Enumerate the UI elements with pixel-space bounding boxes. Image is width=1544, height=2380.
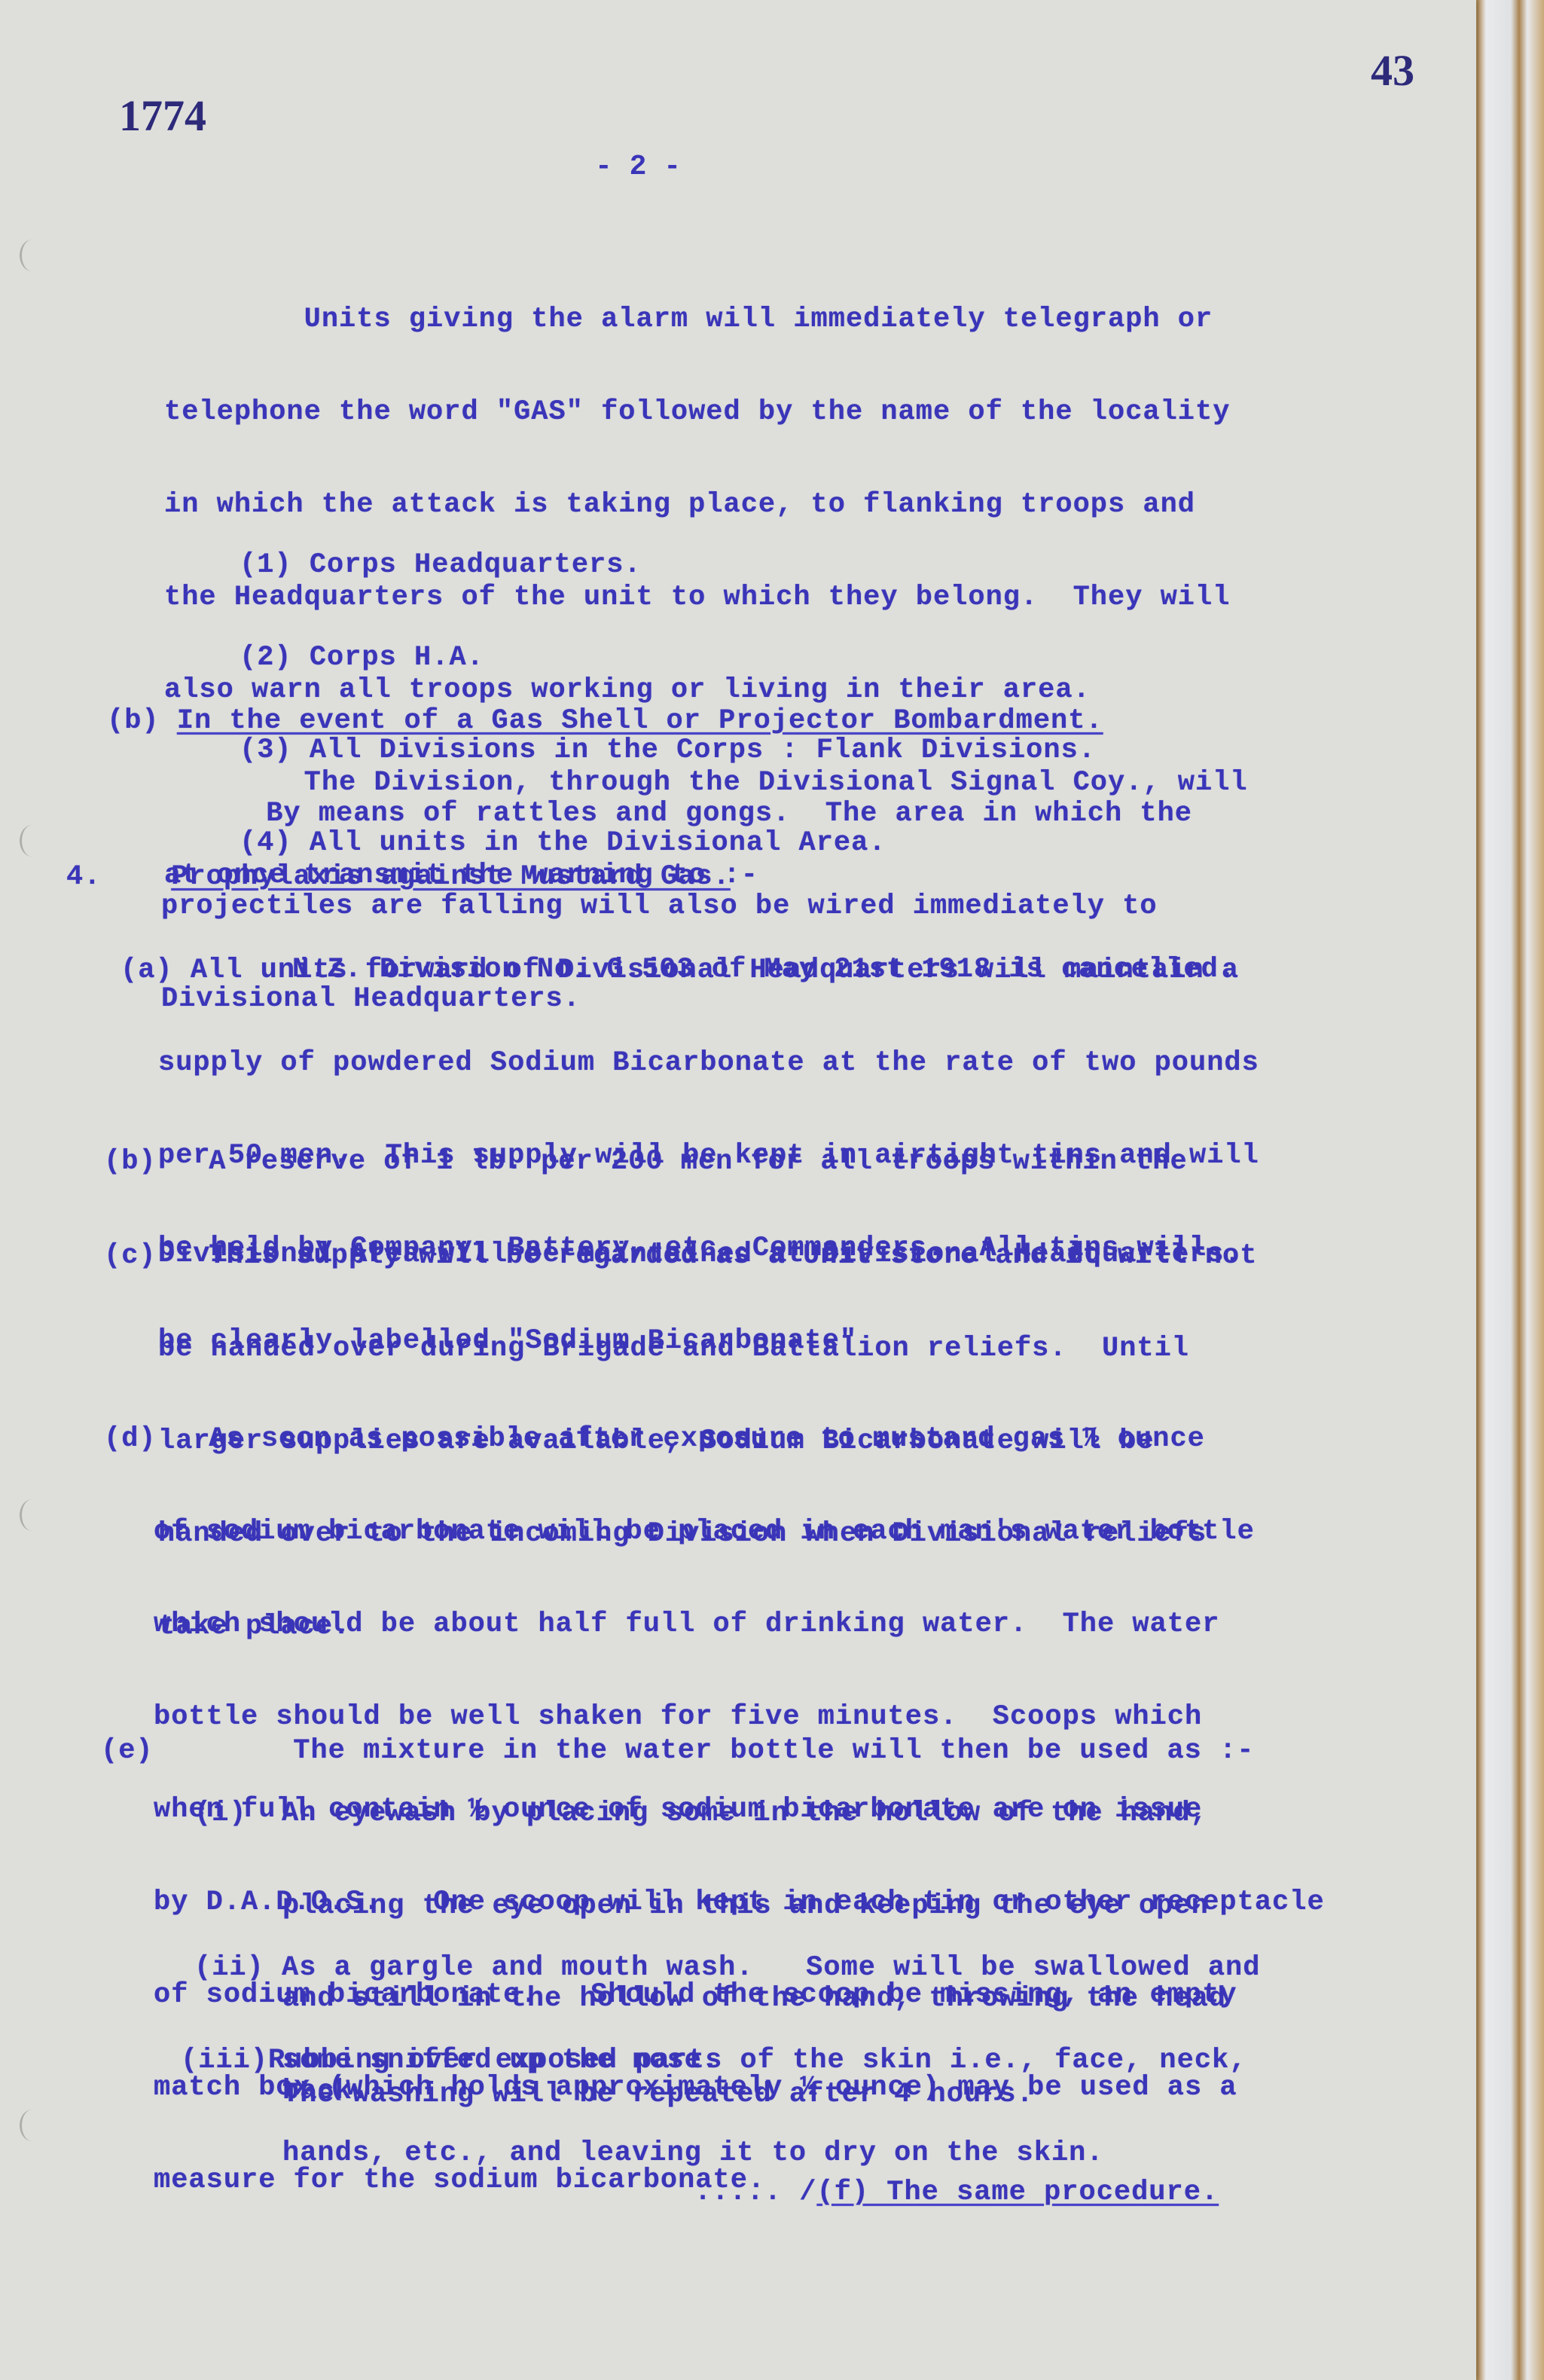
folio-number-right: 43 — [1371, 45, 1414, 96]
item-label: (b) — [104, 1146, 157, 1178]
item-label: (ii) — [194, 1952, 264, 1984]
section-heading: In the event of a Gas Shell or Projector… — [177, 705, 1103, 737]
text-line: As a gargle and mouth wash. Some will be… — [282, 1952, 1260, 1984]
item-label: (i) — [194, 1798, 247, 1829]
continuation-text: (f) The same procedure. — [816, 2177, 1219, 2208]
text-line: A reserve of 1 lb. per 200 men for all t… — [174, 1146, 1188, 1178]
text-line: hands, etc., and leaving it to dry on th… — [181, 2138, 1246, 2169]
section-number: 4. — [66, 861, 101, 893]
repeat-note: The washing will be repeated after 4 hou… — [282, 2079, 1034, 2110]
page-number: - 2 - — [595, 151, 681, 183]
folio-number-left: 1774 — [119, 90, 206, 141]
item-label: (a) — [121, 955, 173, 986]
continuation-note: ..... /(f) The same procedure. — [694, 2177, 1219, 2208]
section-label: (b) — [107, 705, 160, 737]
text-line: This supply will be regarded as a Unit s… — [174, 1240, 1258, 1272]
text-line: As soon as possible after exposure to mu… — [174, 1423, 1205, 1455]
text-line: supply of powdered Sodium Bicarbonate at… — [121, 1048, 1259, 1079]
punch-hole — [20, 1499, 44, 1531]
text-line: Rubbing over exposed parts of the skin i… — [268, 2045, 1246, 2076]
text-line: An eyewash by placing some in the hollow… — [282, 1798, 1208, 1829]
punch-hole — [20, 240, 44, 271]
text-line: Units giving the alarm will immediately … — [164, 304, 1248, 335]
punch-hole — [20, 2110, 44, 2141]
continuation-prefix: ..... / — [694, 2177, 816, 2208]
item-label: (iii) — [181, 2045, 268, 2076]
text-line: be handed over during Brigade and Battal… — [104, 1334, 1257, 1364]
item-label: (e) — [101, 1735, 154, 1767]
punch-hole — [20, 825, 44, 857]
section-heading: Prophylaxis against Mustard Gas. — [171, 861, 731, 893]
text-line: All units forward of Divisional Headquar… — [191, 955, 1239, 986]
text-line: telephone the word "GAS" followed by the… — [164, 397, 1248, 428]
text-line: which should be about half full of drink… — [104, 1609, 1325, 1640]
item-label: (d) — [104, 1423, 157, 1455]
document-page: 1774 43 - 2 - Units giving the alarm wil… — [0, 0, 1476, 2380]
list-item: (1) Corps Headquarters. — [240, 550, 1096, 581]
text-line: of sodium bicarbonate will be placed in … — [104, 1517, 1325, 1547]
item-label: (c) — [104, 1240, 157, 1272]
